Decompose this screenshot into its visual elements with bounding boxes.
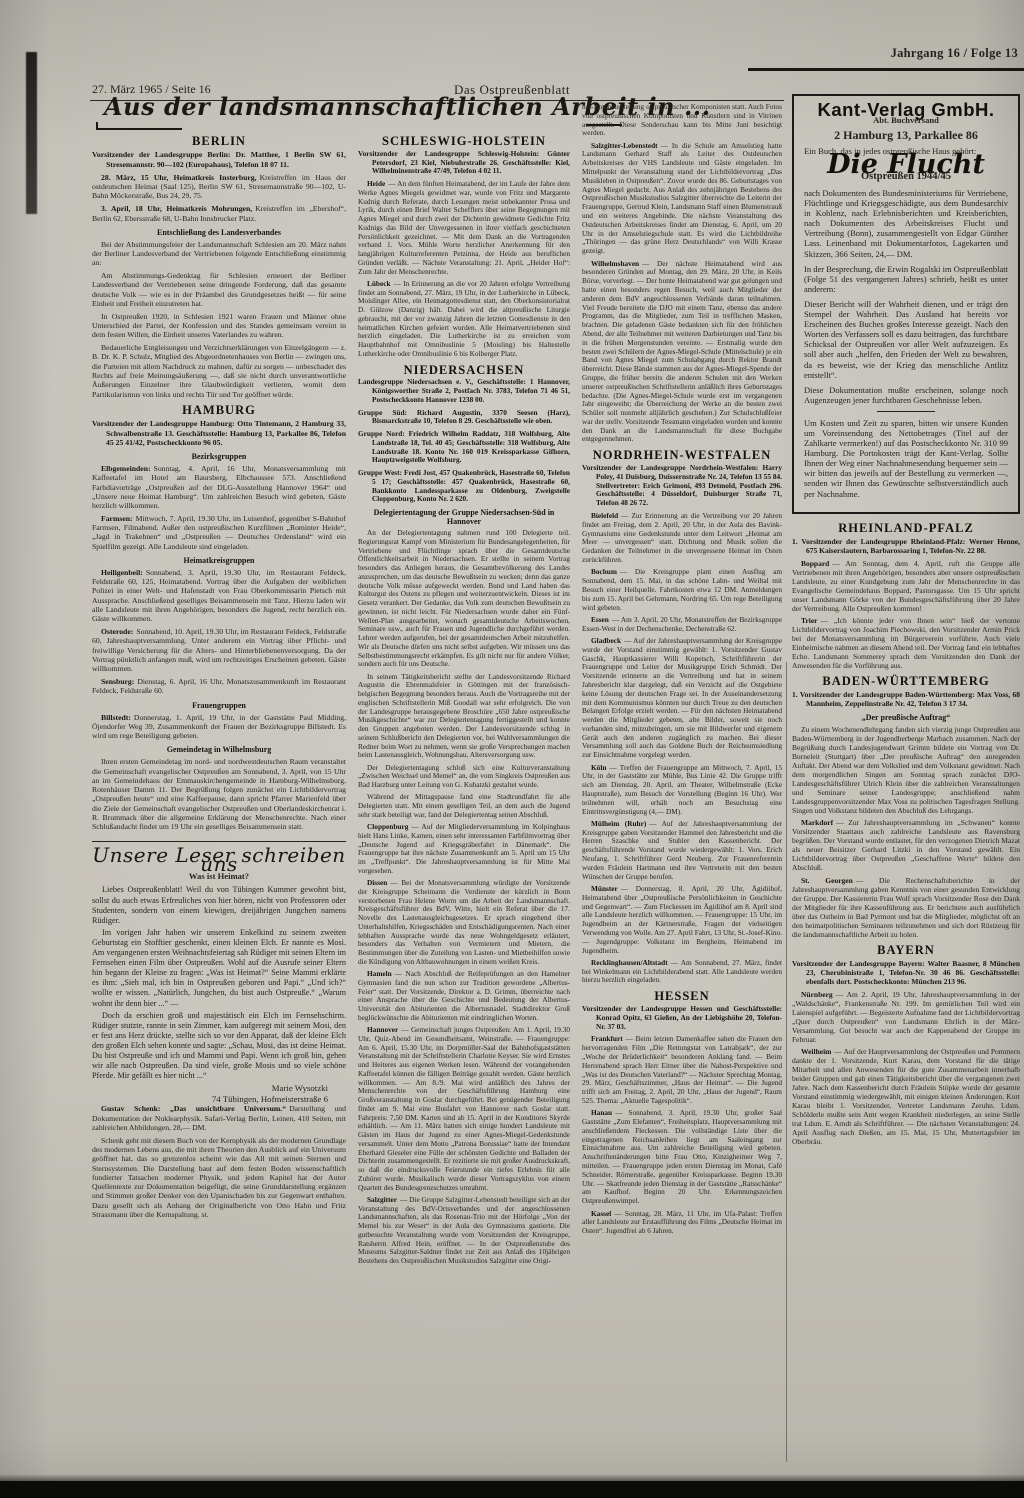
ad-review-quote: Dieser Bericht will der Wahrheit dienen,… [804, 299, 1008, 380]
entry-lead: 28. März, 15 Uhr, Heimatkreis Insterburg… [101, 173, 257, 182]
entry-text: — Bei der Monatsversammlung würdigte der… [358, 878, 570, 966]
entry-lead: Hameln [367, 969, 392, 978]
news-paragraph: Schenk geht mit diesem Buch von der Kern… [92, 1136, 346, 1220]
issue-info: Jahrgang 16 / Folge 13 [891, 46, 1018, 61]
sub-headline: Gemeindetag in Wilhelmsburg [92, 745, 346, 754]
newspaper-page: Jahrgang 16 / Folge 13 27. März 1965 / S… [0, 0, 1024, 1498]
section-title: SCHLESWIG-HOLSTEIN [358, 137, 570, 146]
news-entry: Lübeck— In Erinnerung an die vor 20 Jahr… [358, 280, 570, 359]
sub-headline: Entschließung des Landesverbandes [92, 228, 346, 237]
news-entry: Billstedt:Donnerstag, 1. April, 19 Uhr, … [92, 713, 346, 741]
news-paragraph: Zu einem Wochenendlehrgang fanden sich v… [792, 725, 1020, 815]
news-entry: Elbgemeinden:Sonntag, 4. April, 16 Uhr, … [92, 464, 346, 510]
entry-text: — Zur Jahreshauptversammlung im „Schwane… [792, 818, 1020, 872]
headline-bracket-left [96, 122, 182, 130]
issue-rule [748, 68, 1024, 71]
entry-lead: Recklinghausen/Altstadt [591, 958, 668, 967]
news-entry: Wilhelmshaven— Der nächste Heimatabend w… [582, 260, 782, 445]
entry-lead: Kassel [591, 1209, 611, 1218]
news-paragraph: Am Abstimmungs-Gedenktag für Schlesien e… [92, 271, 346, 308]
entry-lead: Essen [591, 615, 609, 624]
ad-review-intro: In der Besprechung, die Erwin Rogalski i… [804, 264, 1008, 294]
news-paragraph: In seinem Tätigkeitsbericht stellte der … [358, 673, 570, 761]
entry-lead: Elbgemeinden: [101, 464, 151, 473]
entry-lead: Lübeck [367, 279, 391, 288]
officer-info: Landesgruppe Niedersachsen e. V., Geschä… [358, 378, 570, 404]
scan-bottom-band [0, 1481, 1024, 1498]
entry-lead: Boppard [801, 559, 829, 568]
ad-book-title: Die Flucht [804, 160, 1008, 169]
officer-info: Gruppe Süd: Richard Augustin, 3370 Seese… [358, 409, 570, 427]
entry-lead: Nürnberg [801, 990, 833, 999]
news-entry: Osterode:Sonnabend, 10. April, 19.30 Uhr… [92, 627, 346, 673]
entry-text: — Auf der Hauptversammlung der Ostpreuße… [792, 1047, 1020, 1146]
entry-lead: Weilheim [801, 1047, 831, 1056]
letter-signature: Marie Wysotzki [92, 1083, 346, 1094]
entry-text: — Gemeinschaft junges Ostpreußen: Am 1. … [358, 1025, 570, 1192]
entry-text: — Beim letzten Damenkaffee sahen die Fra… [582, 1034, 782, 1105]
entry-text: — In Erinnerung an die vor 20 Jahren erf… [358, 279, 570, 358]
entry-lead: Osterode: [101, 627, 133, 636]
ad-publisher-name: Kant-Verlag GmbH. [804, 105, 1008, 114]
column-south-sections: RHEINLAND-PFALZ1. Vorsitzender der Lande… [792, 524, 1020, 1147]
section-title: BAYERN [792, 946, 1020, 955]
entry-text: — Auf der Jahreshauptversammlung der Kre… [582, 819, 782, 881]
sub-headline: Frauengruppen [92, 701, 346, 710]
news-entry: Sensburg:Dienstag, 6. April, 16 Uhr, Mon… [92, 677, 346, 696]
entry-text: — Sonnabend, 3. April, 19.30 Uhr, großer… [582, 1108, 782, 1205]
entry-lead: Billstedt: [101, 713, 131, 722]
entry-lead: Heide [367, 179, 385, 188]
ad-review-close: Diese Dokumentation mußte erscheinen, so… [804, 385, 1008, 405]
entry-text: Sonnabend, 3. April, 19.30 Uhr, im Resta… [92, 568, 346, 623]
news-entry: Markdorf— Zur Jahreshauptversammlung im … [792, 818, 1020, 872]
sub-headline: Heimatkreisgruppen [92, 556, 346, 565]
news-entry: Bielefeld— Zur Erinnerung an die Vertrei… [582, 512, 782, 565]
ad-payment-note: Um Kosten und Zeit zu sparen, bitten wir… [804, 418, 1008, 499]
news-entry: Trier— „Ich könnte jeder von Ihnen sein“… [792, 616, 1020, 670]
officer-info: Vorsitzender der Landesgruppe Hamburg: O… [92, 419, 346, 447]
entry-text: — Die Rechenschaftsberichte in der Jahre… [792, 876, 1020, 939]
column-ad-south: Kant-Verlag GmbH. Abt. Buchversand 2 Ham… [792, 94, 1020, 1486]
news-entry: Frankfurt— Beim letzten Damenkaffee sahe… [582, 1035, 782, 1105]
section-title: NIEDERSACHSEN [358, 366, 570, 375]
entry-lead: Gladbeck [591, 636, 621, 645]
entry-text: — Am 2. April, 19 Uhr, Jahreshauptversam… [792, 990, 1020, 1044]
entry-lead: Mülheim (Ruhr) [591, 819, 646, 828]
ad-divider-rule [877, 411, 935, 412]
entry-text: — Am Sonntag, dem 4. April, ruft die Gru… [792, 559, 1020, 613]
entry-lead: Salzgitter-Lebenstedt [591, 141, 658, 150]
entry-lead: Hannover [367, 1025, 398, 1034]
officer-info: 1. Vorsitzender der Landesgruppe Rheinla… [792, 537, 1020, 555]
news-entry: Nürnberg— Am 2. April, 19 Uhr, Jahreshau… [792, 990, 1020, 1044]
news-entry: Münster— Donnerstag, 8. April, 20 Uhr, Ä… [582, 885, 782, 955]
entry-text: — „Ich könnte jeder von Ihnen sein“ hieß… [792, 616, 1020, 670]
entry-text: — Sonntag, 28. März, 11 Uhr, im Ufa-Pala… [582, 1209, 782, 1236]
news-paragraph: Während der Mittagspause fand eine Stadt… [358, 793, 570, 819]
news-paragraph: In Ostpreußen 1920, in Schlesien 1921 wa… [92, 312, 346, 340]
letter-signature: 74 Tübingen, Hofmeisterstraße 6 [92, 1094, 346, 1105]
entry-text: — Die Gruppe Salzgitter-Lebenstedt betei… [358, 1195, 570, 1265]
column-nrw-hessen: nal-Notenausstellung ostpreußischer Komp… [582, 103, 782, 1487]
news-entry: Heide— An dem fünften Heimatabend, der i… [358, 180, 570, 276]
book-review-entry: Gustav Schenk: „Das unsichtbare Universu… [92, 1104, 346, 1132]
news-entry: Weilheim— Auf der Hauptversammlung der O… [792, 1047, 1020, 1146]
ad-address: 2 Hamburg 13, Parkallee 86 [804, 131, 1008, 140]
entry-lead: Markdorf [801, 818, 833, 827]
news-entry: Köln— Treffen der Frauengruppe am Mittwo… [582, 764, 782, 817]
news-paragraph: Der Delegiertentagung schloß sich eine K… [358, 764, 570, 790]
news-entry: Gladbeck— Auf der Jahreshauptversammlung… [582, 637, 782, 760]
entry-lead: Frankfurt [591, 1034, 623, 1043]
column-schleswig-niedersachsen: SCHLESWIG-HOLSTEINVorsitzender der Lande… [358, 130, 570, 1486]
officer-info: Vorsitzender der Landesgruppe Bayern: Wa… [792, 959, 1020, 986]
entry-lead: Dissen [367, 878, 387, 887]
page-headline: Aus der landsmannschaftlichen Arbeit in … [104, 92, 624, 121]
scan-bottom-fade [0, 1474, 1024, 1481]
entry-lead: Bielefeld [591, 511, 618, 520]
section-title: BERLIN [92, 137, 346, 146]
letter-paragraph: Im vorigen Jahr haben wir unserem Enkelk… [92, 928, 346, 1009]
entry-lead: Salzgitter [367, 1195, 397, 1204]
entry-lead: 3. April, 18 Uhr, Heimatkreis Mohrungen, [101, 204, 252, 213]
kant-verlag-ad: Kant-Verlag GmbH. Abt. Buchversand 2 Ham… [792, 94, 1020, 514]
section-title: RHEINLAND-PFALZ [792, 524, 1020, 533]
news-entry: Salzgitter— Die Gruppe Salzgitter-Lebens… [358, 1196, 570, 1266]
section-title: HESSEN [582, 992, 782, 1001]
news-entry: Mülheim (Ruhr)— Auf der Jahreshauptversa… [582, 820, 782, 882]
entry-text: — Nach Abschluß der Reifeprüfungen an de… [358, 969, 570, 1022]
officer-info: Vorsitzender der Landesgruppe Hessen und… [582, 1005, 782, 1031]
entry-lead: Sensburg: [101, 677, 134, 686]
news-entry: Hannover— Gemeinschaft junges Ostpreußen… [358, 1026, 570, 1192]
officer-info: Gruppe Nord: Friedrich Wilhelm Raddatz, … [358, 430, 570, 465]
officer-info: Vorsitzender der Landesgruppe Nordrhein-… [582, 464, 782, 508]
column-divider-rule [786, 662, 787, 1462]
entry-text: — Am 3. April, 20 Uhr, Monatstreffen der… [582, 615, 782, 633]
news-entry: Salzgitter-Lebenstedt— In die Schule am … [582, 142, 782, 256]
entry-text: — Auf der Mitgliederversammlung im Kolpi… [358, 822, 570, 875]
entry-text: — In die Schule am Amselstieg hatte Land… [582, 141, 782, 256]
officer-info: 1. Vorsitzender der Landesgruppe Baden-W… [792, 690, 1020, 708]
entry-text: — An dem fünften Heimatabend, der im Lau… [358, 179, 570, 276]
section-title: HAMBURG [92, 406, 346, 415]
sub-headline: Delegiertentagung der Gruppe Niedersachs… [358, 509, 570, 527]
entry-lead: Gustav Schenk: „Das unsichtbare Universu… [101, 1104, 286, 1113]
news-paragraph: An der Delegiertentagung nahmen rund 100… [358, 529, 570, 669]
news-entry: 28. März, 15 Uhr, Heimatkreis Insterburg… [92, 173, 346, 201]
entry-lead: Farmsen: [101, 514, 133, 523]
news-entry: Farmsen:Mittwoch, 7. April, 19.30 Uhr, i… [92, 514, 346, 551]
section-title: BADEN-WÜRTTEMBERG [792, 677, 1020, 686]
news-entry: Essen— Am 3. April, 20 Uhr, Monatstreffe… [582, 616, 782, 634]
news-entry: Boppard— Am Sonntag, dem 4. April, ruft … [792, 559, 1020, 613]
news-entry: Bochum— Die Kreisgruppe plant einen Ausf… [582, 568, 782, 612]
continued-paragraph: nal-Notenausstellung ostpreußischer Komp… [582, 103, 782, 138]
readers-letters-headline: Unsere Leser schreiben uns [92, 841, 346, 870]
entry-text: — Zur Erinnerung an die Vertreibung vor … [582, 511, 782, 564]
entry-lead: Hanau [591, 1108, 612, 1117]
officer-info: Vorsitzender der Landesgruppe Berlin: Dr… [92, 150, 346, 169]
officer-info: Vorsitzender der Landesgruppe Schleswig-… [358, 150, 570, 176]
letter-paragraph: Doch da erschien groß und majestätisch e… [92, 1011, 346, 1082]
news-paragraph: Bedauerliche Entgleisungen und Verzichts… [92, 343, 346, 399]
news-entry: Hameln— Nach Abschluß der Reifeprüfungen… [358, 970, 570, 1023]
news-entry: Kassel— Sonntag, 28. März, 11 Uhr, im Uf… [582, 1210, 782, 1236]
entry-lead: Wilhelmshaven [591, 259, 639, 268]
entry-text: — Donnerstag, 8. April, 20 Uhr, Ägidiiho… [582, 884, 782, 955]
ad-book-description: nach Dokumenten des Bundesministeriums f… [804, 188, 1008, 259]
news-entry: Recklinghausen/Altstadt— Am Sonnabend, 2… [582, 959, 782, 985]
sub-headline: Bezirksgruppen [92, 452, 346, 461]
entry-lead: Cloppenburg [367, 822, 408, 831]
entry-lead: Heiligenbeil: [101, 568, 143, 577]
scan-edge-artifact [26, 52, 37, 214]
entry-text: — Der nächste Heimatabend wird aus beson… [582, 259, 782, 444]
column-berlin-hamburg: BERLINVorsitzender der Landesgruppe Berl… [92, 130, 346, 1482]
letter-paragraph: Liebes Ostpreußenblatt! Weil du von Tübi… [92, 885, 346, 925]
news-entry: Hanau— Sonnabend, 3. April, 19.30 Uhr, g… [582, 1109, 782, 1206]
news-paragraph: Bei der Abstimmungsfeier der Landsmannsc… [92, 240, 346, 268]
news-paragraph: Ihren ersten Gemeindetag im nord- und no… [92, 757, 346, 831]
section-title: NORDRHEIN-WESTFALEN [582, 451, 782, 460]
officer-info: Gruppe West: Fredi Jost, 457 Quakenbrück… [358, 469, 570, 504]
entry-text: — Treffen der Frauengruppe am Mittwoch, … [582, 763, 782, 816]
news-entry: Cloppenburg— Auf der Mitgliederversammlu… [358, 823, 570, 876]
entry-lead: Bochum [591, 567, 617, 576]
entry-text: — Auf der Jahreshauptversammlung der Kre… [582, 636, 782, 759]
news-entry: St. Georgen— Die Rechenschaftsberichte i… [792, 876, 1020, 939]
entry-lead: St. Georgen [801, 876, 853, 885]
news-entry: 3. April, 18 Uhr, Heimatkreis Mohrungen,… [92, 204, 346, 223]
entry-lead: Münster [591, 884, 618, 893]
sub-headline: „Der preußische Auftrag“ [792, 713, 1020, 722]
news-entry: Dissen— Bei der Monatsversammlung würdig… [358, 879, 570, 967]
letter-subject: Was ist Heimat? [92, 872, 346, 881]
entry-lead: Köln [591, 763, 606, 772]
news-entry: Heiligenbeil:Sonnabend, 3. April, 19.30 … [92, 568, 346, 624]
entry-lead: Trier [801, 616, 818, 625]
